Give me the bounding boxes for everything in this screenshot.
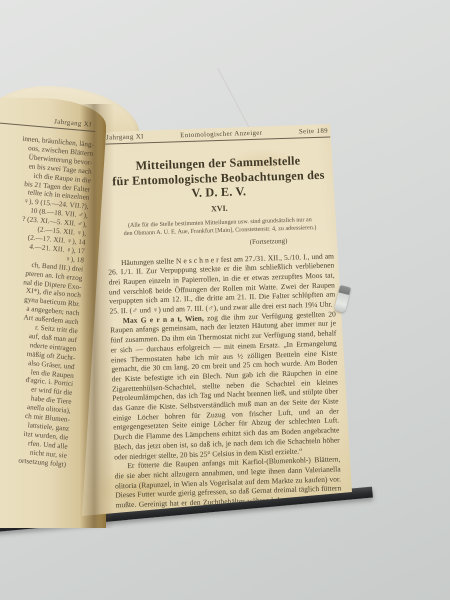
section-number: XVI. <box>106 200 332 216</box>
editorial-note: (Alle für die Stelle bestimmten Mitteilu… <box>107 215 333 238</box>
left-page-text-block: Jahrgang XI innen, bräunlichen, läng- oo… <box>0 114 96 470</box>
volume-label: Jahrgang XI <box>106 133 144 141</box>
journal-title: Entomologischer Anzeiger <box>180 130 262 140</box>
right-page: Jahrgang XI Entomologischer Anzeiger Sei… <box>78 118 358 522</box>
paragraph-text: Häutungen stellte N e s c h n e r fest a… <box>108 251 335 316</box>
left-page-running-header: Jahrgang XI <box>0 114 96 132</box>
page-number: Seite 189 <box>299 128 328 136</box>
article-body: Häutungen stellte N e s c h n e r fest a… <box>108 251 342 520</box>
paragraph-text: zog die ihm zur Verfügung gestellten 20 … <box>110 309 340 461</box>
paragraph: Häutungen stellte N e s c h n e r fest a… <box>108 251 336 316</box>
article-title: Mitteilungen der Sammelstelle für Entomo… <box>105 153 332 204</box>
right-page-text-block: Jahrgang XI Entomologischer Anzeiger Sei… <box>104 128 342 521</box>
paragraph: Max G e r n a t, Wien, zog die ihm zur V… <box>110 309 340 462</box>
continuation-note: (Fortsetzung) <box>107 235 333 250</box>
photo-of-open-book: Jahrgang XI innen, bräunlichen, läng- oo… <box>0 0 450 600</box>
left-page-body: innen, bräunlichen, läng- oos, zwischen … <box>0 133 94 470</box>
